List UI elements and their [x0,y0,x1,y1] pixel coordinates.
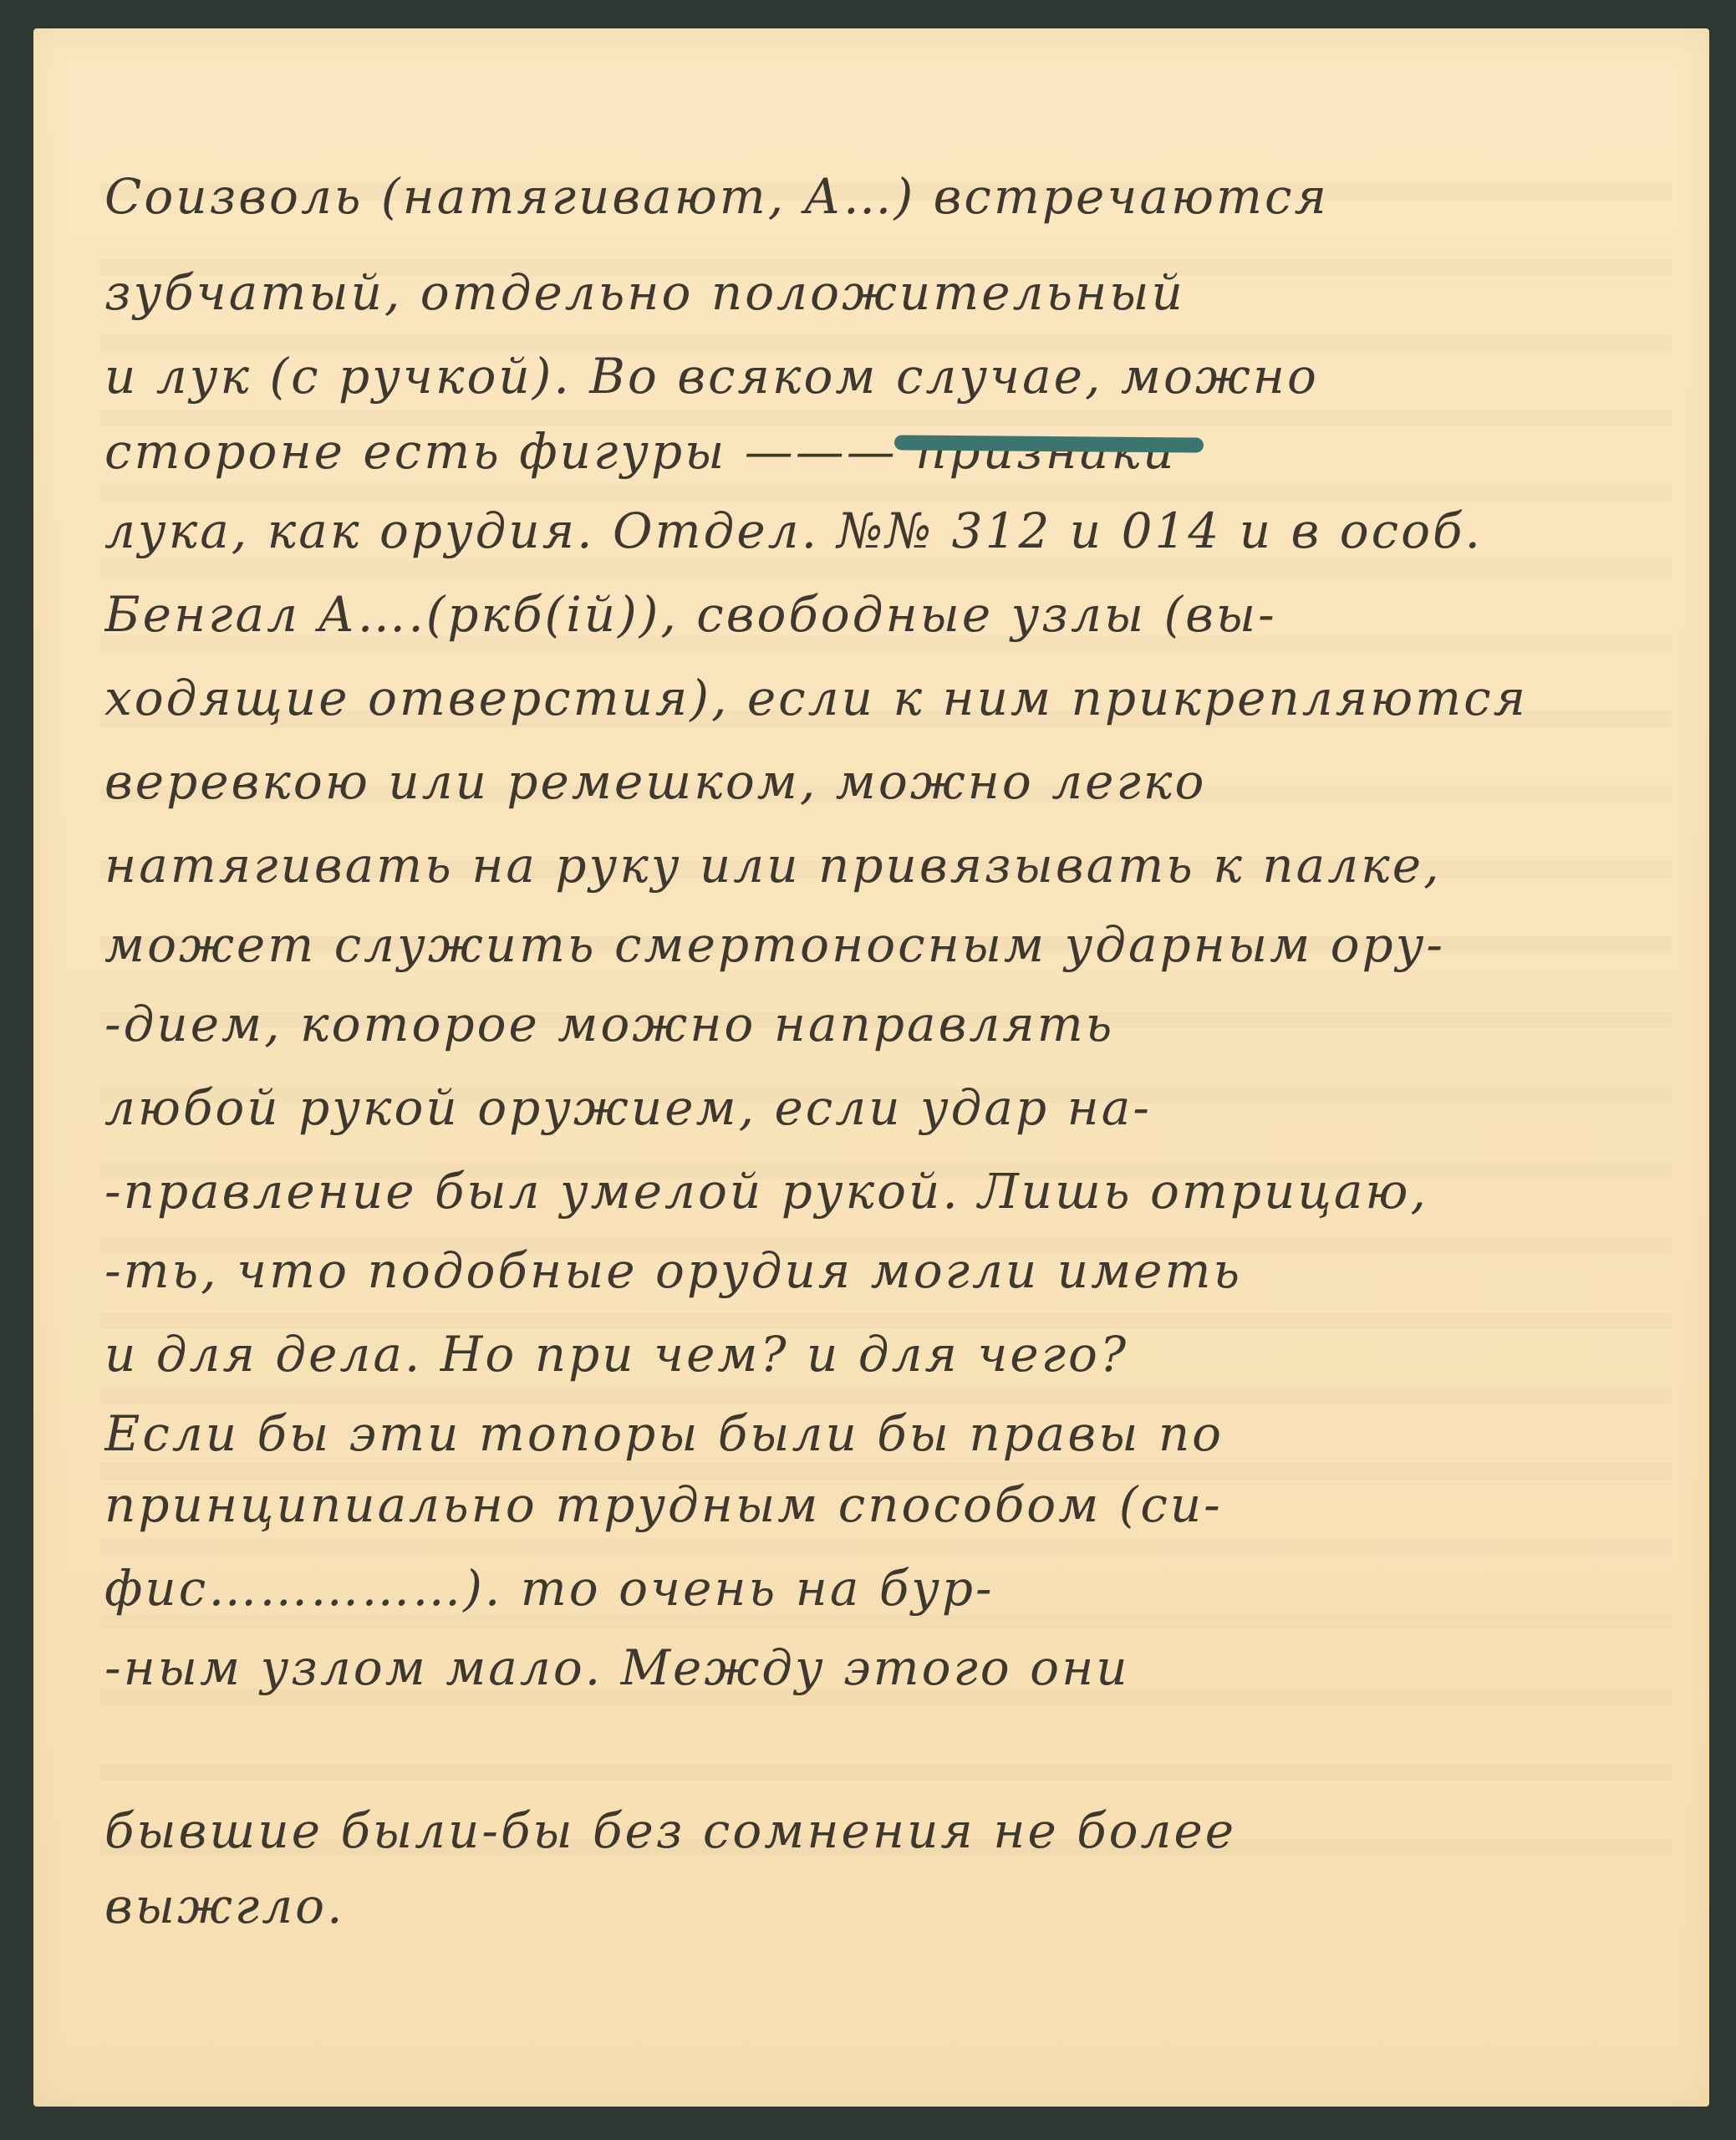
manuscript-line-1: Соизволь (натягивают, А…) встречаются [104,163,1659,230]
manuscript-line-13: -правление был умелой рукой. Лишь отрица… [104,1158,1659,1225]
manuscript-line-8: веревкою или ремешком, можно легко [104,748,1659,815]
manuscript-line-6: Бенгал А….(ркб(ій)), свободные узлы (вы- [104,581,1659,648]
manuscript-line-14: -ть, что подобные орудия могли иметь [104,1237,1659,1304]
manuscript-line-17: принципиально трудным способом (си- [104,1471,1659,1538]
manuscript-line-19: -ным узлом мало. Между этого они [104,1634,1659,1701]
manuscript-line-20: бывшие были-бы без сомнения не более [104,1797,1659,1864]
manuscript-line-10: может служить смертоносным ударным ору- [104,911,1659,978]
manuscript-line-11: -дием, которое можно направлять [104,991,1659,1057]
manuscript-line-7: ходящие отверстия), если к ним прикрепля… [104,665,1659,731]
strikethrough-mark [894,435,1204,452]
manuscript-line-18: фис……………). то очень на бур- [104,1555,1659,1622]
manuscript-line-5: лука, как орудия. Отдел. №№ 312 и 014 и … [104,497,1659,564]
manuscript-line-9: натягивать на руку или привязывать к пал… [104,832,1659,899]
manuscript-line-4: стороне есть фигуры ——— признаки [104,418,1659,485]
manuscript-line-2: зубчатый, отдельно положительный [104,259,1659,326]
manuscript-line-12: любой рукой оружием, если удар на- [104,1074,1659,1141]
manuscript-line-15: и для дела. Но при чем? и для чего? [104,1321,1659,1388]
manuscript-line-3: и лук (с ручкой). Во всяком случае, можн… [104,343,1659,410]
manuscript-page [33,28,1709,2107]
manuscript-line-21: выжгло. [104,1872,1659,1939]
manuscript-line-16: Если бы эти топоры были бы правы по [104,1400,1659,1467]
